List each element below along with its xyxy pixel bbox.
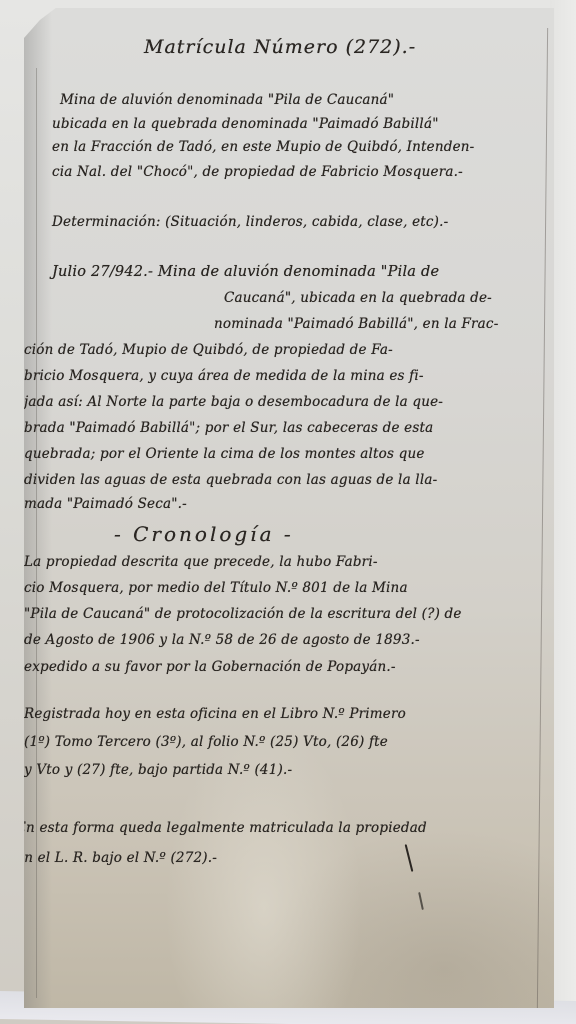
registration-line: (1º) Tomo Tercero (3º), al folio N.º (25… [24,734,388,750]
closing-line: en el L. R. bajo el N.º (272).- [16,850,217,866]
stray-pen-mark [418,892,424,910]
determination-line: Determinación: (Situación, linderos, cab… [52,214,448,230]
chronology-line: La propiedad descrita que precede, la hu… [24,554,378,570]
right-margin-line [537,28,548,1008]
dated-entry-line: ción de Tadó, Mupio de Quibdó, de propie… [24,342,393,358]
stray-pen-mark [405,844,414,872]
dated-entry-line: Caucaná", ubicada en la quebrada de- [224,290,492,306]
dated-entry-line: jada así: Al Norte la parte baja o desem… [24,394,443,410]
handwritten-document-page: Matrícula Número (272).- Mina de aluvión… [24,8,554,1008]
dated-entry-line: dividen las aguas de esta quebrada con l… [24,472,437,488]
registration-line: y Vto y (27) fte, bajo partida N.º (41).… [24,762,292,778]
intro-line: cia Nal. del "Chocó", de propiedad de Fa… [52,164,463,180]
section-heading-chronology: - Cronología - [114,522,294,546]
document-title: Matrícula Número (272).- [144,36,416,58]
photo-scene: Matrícula Número (272).- Mina de aluvión… [0,0,576,1024]
chronology-line: "Pila de Caucaná" de protocolización de … [24,606,462,622]
chronology-line: expedido a su favor por la Gobernación d… [24,659,396,675]
intro-line: ubicada en la quebrada denominada "Paima… [52,116,439,132]
chronology-line: de Agosto de 1906 y la N.º 58 de 26 de a… [24,632,420,648]
closing-line: En esta forma queda legalmente matricula… [16,820,427,836]
dated-entry-line: Julio 27/942.- Mina de aluvión denominad… [52,264,439,280]
chronology-line: cio Mosquera, por medio del Título N.º 8… [24,580,408,596]
intro-line: Mina de aluvión denominada "Pila de Cauc… [60,92,394,108]
intro-line: en la Fracción de Tadó, en este Mupio de… [52,139,474,155]
dated-entry-line: mada "Paimadó Seca".- [24,496,187,512]
dated-entry-line: brada "Paimadó Babillá"; por el Sur, las… [24,420,433,436]
dated-entry-line: quebrada; por el Oriente la cima de los … [24,446,425,462]
registration-line: Registrada hoy en esta oficina en el Lib… [24,706,406,722]
dated-entry-line: bricio Mosquera, y cuya área de medida d… [24,368,424,384]
dated-entry-line: nominada "Paimadó Babillá", en la Frac- [214,316,498,332]
